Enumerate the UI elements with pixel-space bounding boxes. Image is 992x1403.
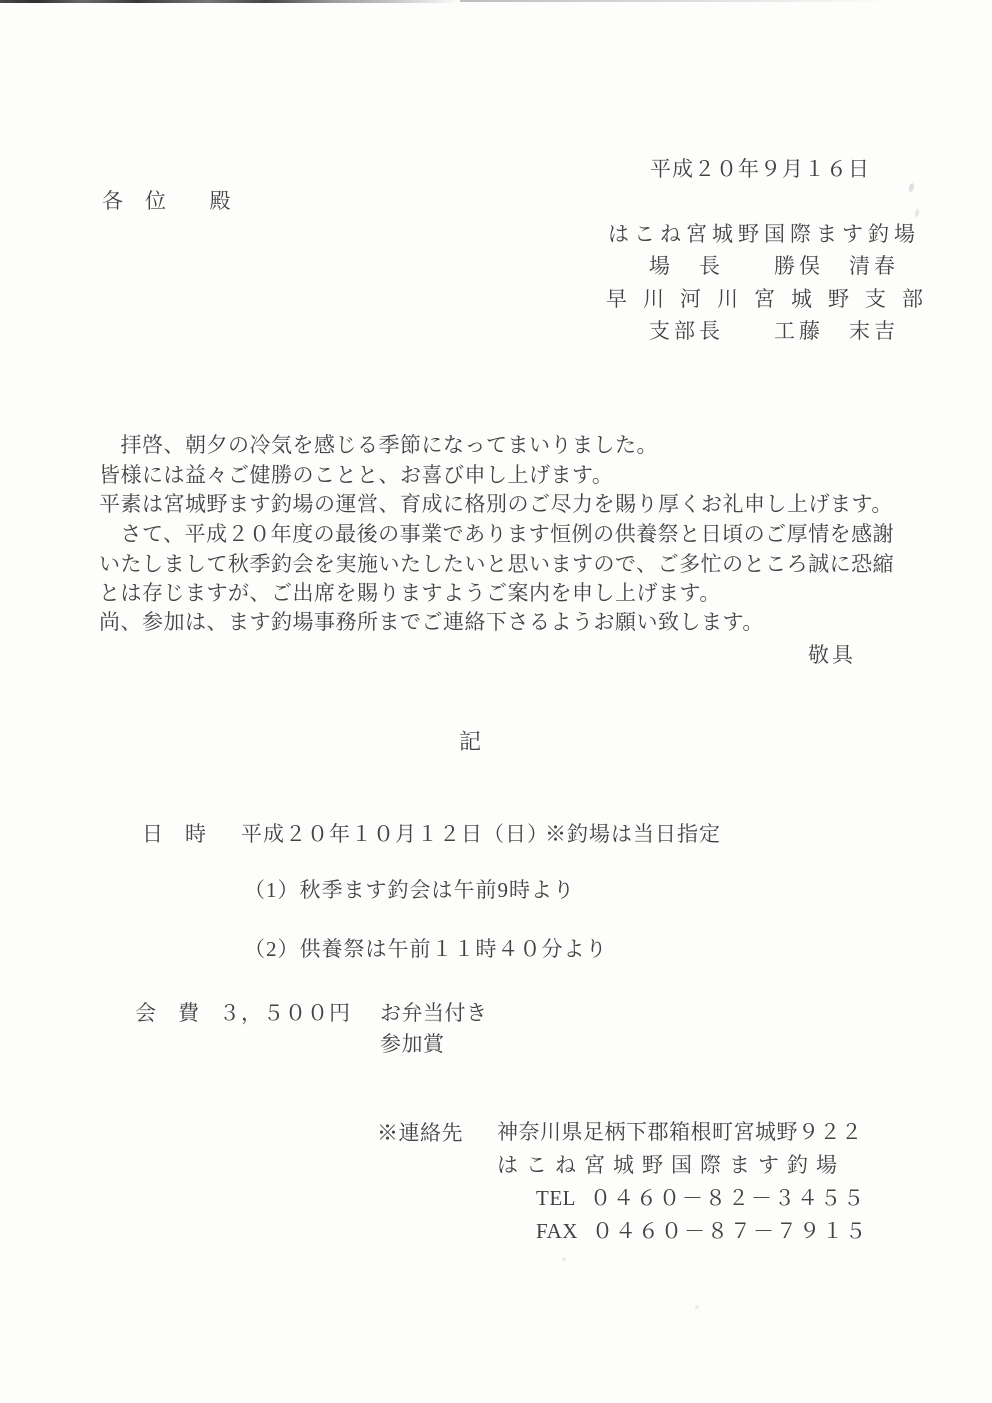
closing-salutation: 敬具 — [808, 643, 856, 667]
contact-fax-line: FAX０４６０－８７－７９１５ — [536, 1219, 868, 1243]
letter-date: 平成２０年９月１６日 — [650, 157, 870, 181]
contact-tel-line: TEL０４６０－８２－３４５５ — [536, 1186, 866, 1210]
fax-label: FAX — [536, 1219, 578, 1243]
body-line: とは存じますが、ご出席を賜りますようご案内を申し上げます。 — [99, 581, 721, 605]
scan-speck — [914, 209, 920, 218]
recipient-line: 各 位 殿 — [102, 189, 231, 213]
body-line: 尚、参加は、ます釣場事務所までご連絡下さるようお願い致します。 — [99, 610, 764, 634]
schedule-label: 日 時 — [142, 822, 207, 846]
fee-label: 会 費 — [135, 1001, 200, 1025]
scan-speck — [695, 1305, 699, 1309]
scan-artifact-top-edge-faint — [460, 0, 890, 2]
sender-director-name: 場 長 勝俣 清春 — [649, 254, 899, 278]
body-line: 拝啓、朝夕の冷気を感じる季節になってまいりました。 — [99, 433, 658, 457]
sender-branch-chief-name: 支部長 工藤 末吉 — [649, 319, 899, 343]
contact-organization: はこね宮城野国際ます釣場 — [497, 1153, 845, 1177]
fee-note-prize: 参加賞 — [380, 1032, 445, 1056]
scanned-letter-page: 平成２０年９月１６日 各 位 殿 はこね宮城野国際ます釣場 場 長 勝俣 清春 … — [0, 0, 992, 1403]
contact-address: 神奈川県足柄下郡箱根町宮城野９２２ — [497, 1120, 863, 1144]
scan-speck — [908, 182, 916, 192]
fee-amount: ３，５００円 — [219, 1001, 351, 1025]
body-line: いたしまして秋季釣会を実施いたしたいと思いますので、ご多忙のところ誠に恐縮 — [99, 552, 894, 576]
schedule-date: 平成２０年１０月１２日（日） — [241, 822, 549, 846]
schedule-item-1: （1）秋季ます釣会は午前9時より — [244, 878, 575, 902]
fax-number: ０４６０－８７－７９１５ — [592, 1219, 868, 1243]
scan-artifact-top-edge — [0, 0, 460, 3]
sender-branch-organization: 早川河川宮城野支部 — [606, 287, 939, 311]
tel-label: TEL — [536, 1186, 576, 1210]
schedule-note: ※釣場は当日指定 — [545, 822, 721, 846]
schedule-item-2: （2）供養祭は午前１１時４０分より — [244, 937, 608, 961]
body-line: 平素は宮城野ます釣場の運営、育成に格別のご尽力を賜り厚くお礼申し上げます。 — [99, 492, 893, 516]
tel-number: ０４６０－８２－３４５５ — [590, 1186, 866, 1210]
contact-label: ※連絡先 — [377, 1121, 463, 1145]
body-line: 皆様には益々ご健勝のことと、お喜び申し上げます。 — [99, 463, 613, 487]
scan-speck — [562, 1257, 566, 1261]
fee-note-bento: お弁当付き — [380, 1001, 488, 1025]
record-marker: 記 — [459, 729, 482, 754]
body-line: さて、平成２０年度の最後の事業であります恒例の供養祭と日頃のご厚情を感謝 — [99, 522, 894, 546]
sender-organization: はこね宮城野国際ます釣場 — [608, 222, 920, 246]
